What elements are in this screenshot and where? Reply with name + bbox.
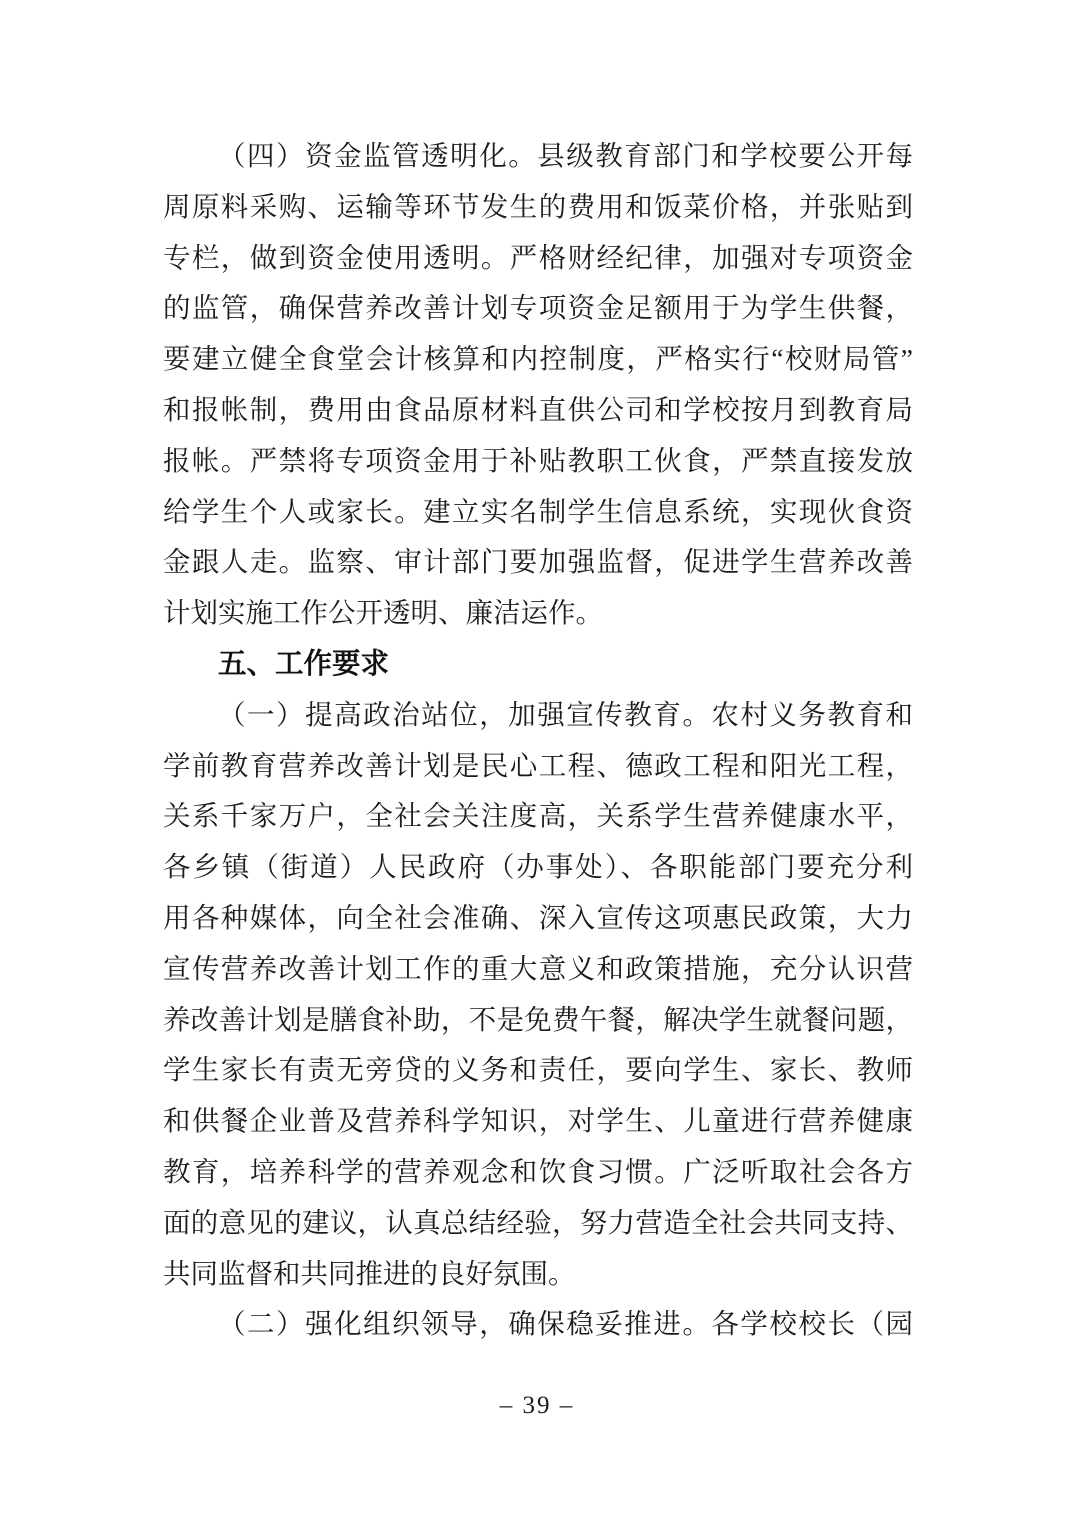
text-line: 宣传营养改善计划工作的重大意义和政策措施，充分认识营	[163, 944, 913, 995]
text-line: 和供餐企业普及营养科学知识，对学生、儿童进行营养健康	[163, 1096, 913, 1147]
text-line: （二）强化组织领导，确保稳妥推进。各学校校长（园	[163, 1299, 913, 1350]
text-line: 的监管，确保营养改善计划专项资金足额用于为学生供餐，	[163, 283, 913, 334]
text-line: 周原料采购、运输等环节发生的费用和饭菜价格，并张贴到	[163, 182, 913, 233]
section-heading: 五、工作要求	[163, 639, 913, 690]
text-line: 计划实施工作公开透明、廉洁运作。	[163, 588, 913, 639]
text-line: 专栏，做到资金使用透明。严格财经纪律，加强对专项资金	[163, 233, 913, 284]
text-line: 教育，培养科学的营养观念和饮食习惯。广泛听取社会各方	[163, 1147, 913, 1198]
text-line: 金跟人走。监察、审计部门要加强监督，促进学生营养改善	[163, 537, 913, 588]
text-line: 学前教育营养改善计划是民心工程、德政工程和阳光工程，	[163, 741, 913, 792]
text-line: 给学生个人或家长。建立实名制学生信息系统，实现伙食资	[163, 487, 913, 538]
text-line: 面的意见的建议，认真总结经验，努力营造全社会共同支持、	[163, 1198, 913, 1249]
page-number: – 39 –	[0, 1392, 1074, 1420]
text-line: 要建立健全食堂会计核算和内控制度，严格实行“校财局管”	[163, 334, 913, 385]
text-line: 养改善计划是膳食补助，不是免费午餐，解决学生就餐问题，	[163, 995, 913, 1046]
text-line: 报帐。严禁将专项资金用于补贴教职工伙食，严禁直接发放	[163, 436, 913, 487]
text-line: 共同监督和共同推进的良好氛围。	[163, 1249, 913, 1300]
text-line: 各乡镇（街道）人民政府（办事处）、各职能部门要充分利	[163, 842, 913, 893]
text-line: 用各种媒体，向全社会准确、深入宣传这项惠民政策，大力	[163, 893, 913, 944]
text-line: （一）提高政治站位，加强宣传教育。农村义务教育和	[163, 690, 913, 741]
document-body: （四）资金监管透明化。县级教育部门和学校要公开每 周原料采购、运输等环节发生的费…	[163, 131, 913, 1350]
text-line: 关系千家万户，全社会关注度高，关系学生营养健康水平，	[163, 791, 913, 842]
text-line: 和报帐制，费用由食品原材料直供公司和学校按月到教育局	[163, 385, 913, 436]
text-line: 学生家长有责无旁贷的义务和责任，要向学生、家长、教师	[163, 1045, 913, 1096]
document-page: （四）资金监管透明化。县级教育部门和学校要公开每 周原料采购、运输等环节发生的费…	[0, 0, 1074, 1520]
text-line: （四）资金监管透明化。县级教育部门和学校要公开每	[163, 131, 913, 182]
